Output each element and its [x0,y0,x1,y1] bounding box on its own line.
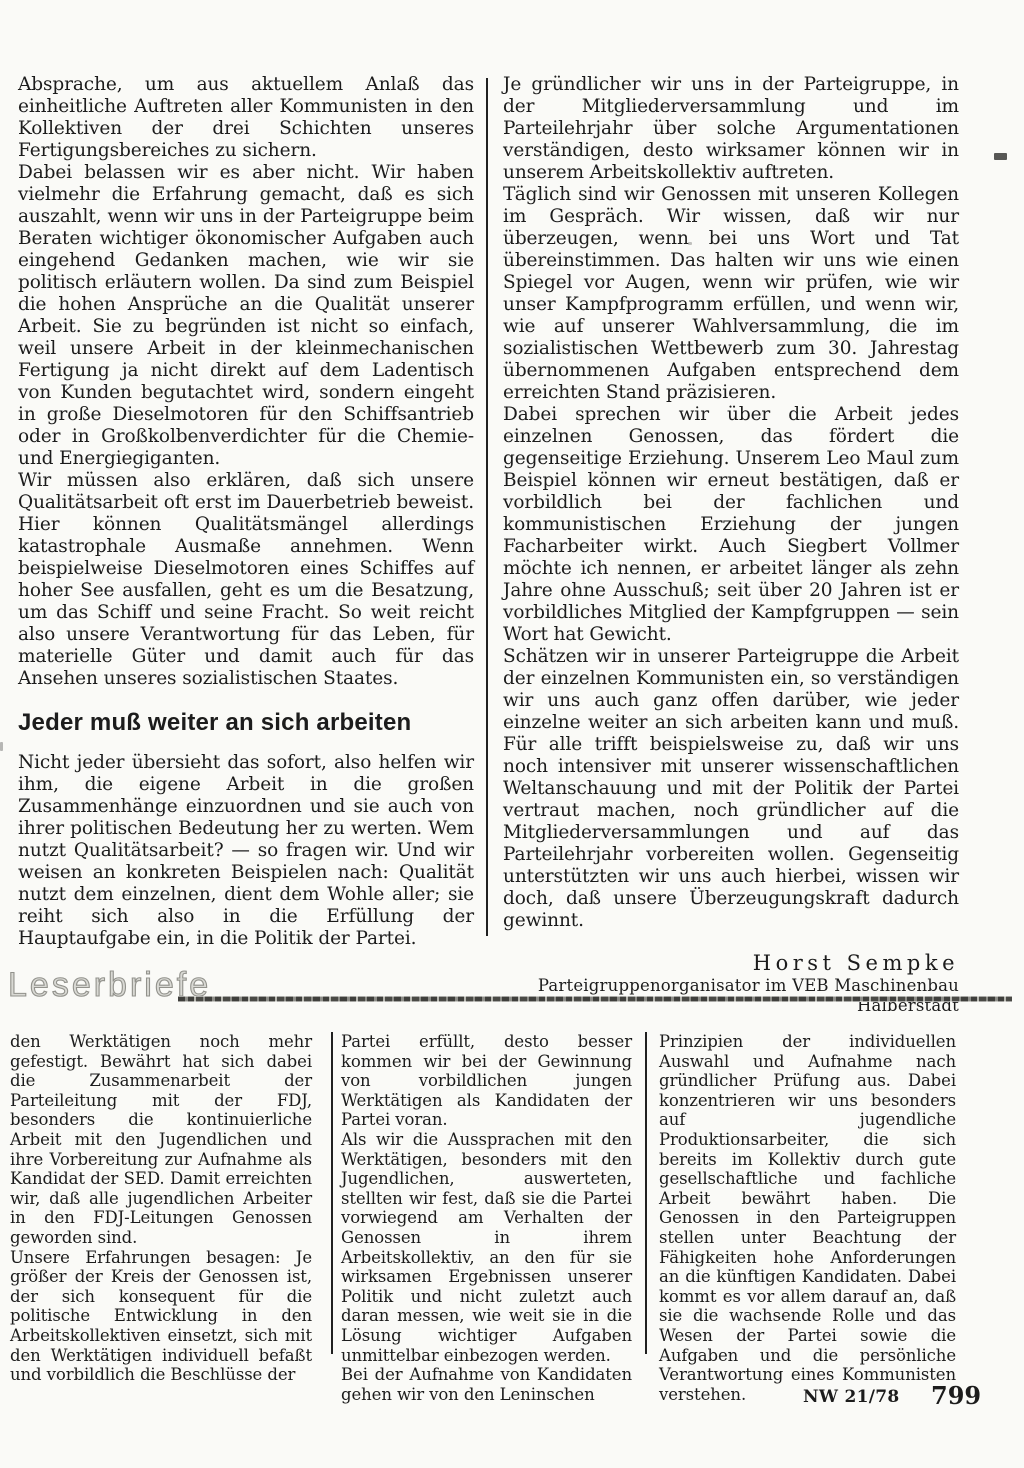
article-paragraph: Schätzen wir in unserer Parteigruppe die… [503,646,959,932]
scan-artifact [0,742,3,751]
signature-name: Horst Sempke [503,950,959,976]
scan-artifact [688,242,692,245]
letter-paragraph: Partei erfüllt, desto besser kommen wir … [341,1032,632,1130]
letters-column-2: Partei erfüllt, desto besser kommen wir … [341,1032,632,1404]
article-paragraph: Dabei belassen wir es aber nicht. Wir ha… [18,162,474,470]
scan-artifact [994,153,1007,160]
letter-paragraph: Bei der Aufnahme von Kandidaten gehen wi… [341,1365,632,1404]
letter-paragraph: Unsere Erfahrungen besagen: Je größer de… [10,1248,312,1385]
article-subheading: Jeder muß weiter an sich arbeiten [18,712,474,734]
scribble-rule [178,996,1012,1002]
article-paragraph: Dabei sprechen wir über die Arbeit jedes… [503,404,959,646]
article-paragraph: Je gründlicher wir uns in der Parteigrup… [503,74,959,184]
letters-column-3: Prinzipien der individuellen Auswahl und… [659,1032,956,1404]
column-divider [486,78,488,936]
column-divider [331,1032,333,1354]
letter-paragraph: Prinzipien der individuellen Auswahl und… [659,1032,956,1404]
article-paragraph: Wir müssen also erklären, daß sich unser… [18,470,474,690]
signature-block: Horst Sempke Parteigruppenorganisator im… [503,950,959,1016]
footer-page-number: 799 [931,1381,981,1410]
article-column-right: Je gründlicher wir uns in der Parteigrup… [503,74,959,1016]
article-paragraph: Absprache, um aus aktuellem Anlaß das ei… [18,74,474,162]
article-paragraph: Nicht jeder übersieht das sofort, also h… [18,752,474,950]
footer-issue-label: NW 21/78 [803,1387,899,1407]
scanned-magazine-page: { "article": { "col_left": { "paras": [ … [0,0,1024,1468]
article-paragraph: Täglich sind wir Genossen mit unseren Ko… [503,184,959,404]
article-column-left: Absprache, um aus aktuellem Anlaß das ei… [18,74,474,950]
letter-paragraph: den Werktätigen noch mehr gefestigt. Bew… [10,1032,312,1248]
letters-column-1: den Werktätigen noch mehr gefestigt. Bew… [10,1032,312,1385]
letter-paragraph: Als wir die Aussprachen mit den Werktäti… [341,1130,632,1365]
column-divider [645,1032,647,1354]
